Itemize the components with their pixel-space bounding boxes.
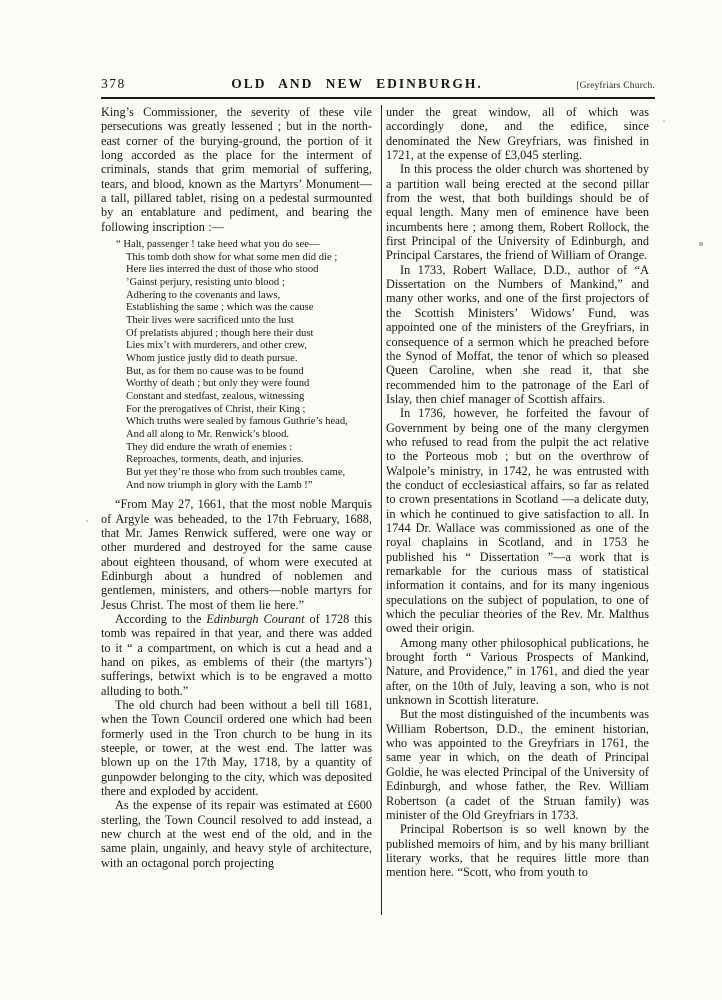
paragraph: “From May 27, 1661, that the most noble … bbox=[101, 497, 372, 612]
page-number: 378 bbox=[101, 76, 126, 92]
verse-line: Constant and stedfast, zealous, witnessi… bbox=[116, 391, 372, 404]
text-run: In this process the older church was sho… bbox=[386, 162, 649, 262]
text-run: “From May 27, 1661, that the most noble … bbox=[101, 497, 372, 611]
text-run: In 1733, Robert Wallace, D.D., author of… bbox=[386, 263, 649, 406]
text-columns: King’s Commissioner, the severity of the… bbox=[101, 105, 655, 880]
paragraph: Principal Robertson is so well known by … bbox=[386, 822, 649, 879]
text-run: As the expense of its repair was estimat… bbox=[101, 798, 372, 869]
verse-line: Here lies interred the dust of those who… bbox=[116, 264, 372, 277]
text-run: King’s Commissioner, the severity of the… bbox=[101, 105, 372, 234]
verse-line: For the prerogatives of Christ, their Ki… bbox=[116, 404, 372, 417]
paragraph: As the expense of its repair was estimat… bbox=[101, 798, 372, 870]
right-column: under the great window, all of which was… bbox=[378, 105, 649, 880]
left-column: King’s Commissioner, the severity of the… bbox=[101, 105, 378, 880]
paragraph: The old church had been without a bell t… bbox=[101, 698, 372, 798]
paragraph: under the great window, all of which was… bbox=[386, 105, 649, 162]
verse-line: And all along to Mr. Renwick’s blood. bbox=[116, 429, 372, 442]
text-run: under the great window, all of which was… bbox=[386, 105, 649, 162]
running-head: [Greyfriars Church. bbox=[576, 81, 655, 91]
verse-line: Reproaches, torments, death, and injurie… bbox=[116, 454, 372, 467]
column-divider-rule bbox=[381, 105, 382, 915]
verse-line: Worthy of death ; but only they were fou… bbox=[116, 378, 372, 391]
paragraph: King’s Commissioner, the severity of the… bbox=[101, 105, 372, 234]
verse-line: “ Halt, passenger ! take heed what you d… bbox=[116, 239, 372, 252]
verse-line: They did endure the wrath of enemies : bbox=[116, 442, 372, 455]
book-page: 378 OLD AND NEW EDINBURGH. [Greyfriars C… bbox=[0, 0, 722, 1000]
verse-line: Their lives were sacrificed unto the lus… bbox=[116, 315, 372, 328]
page-title: OLD AND NEW EDINBURGH. bbox=[231, 76, 483, 92]
verse-line: But yet they’re those who from such trou… bbox=[116, 467, 372, 480]
verse-line: But, as for them no cause was to be foun… bbox=[116, 366, 372, 379]
verse-line: Whom justice justly did to death pursue. bbox=[116, 353, 372, 366]
inscription-verse: “ Halt, passenger ! take heed what you d… bbox=[116, 239, 372, 492]
scan-specks bbox=[0, 0, 2, 2]
page-header: 378 OLD AND NEW EDINBURGH. [Greyfriars C… bbox=[101, 76, 655, 99]
italic-title-text: Edinburgh Courant bbox=[206, 612, 304, 626]
paragraph: According to the Edinburgh Courant of 17… bbox=[101, 612, 372, 698]
paragraph: In 1733, Robert Wallace, D.D., author of… bbox=[386, 263, 649, 406]
verse-line: Adhering to the covenants and laws, bbox=[116, 290, 372, 303]
paragraph: But the most distinguished of the incumb… bbox=[386, 707, 649, 822]
verse-line: Of prelatists abjured ; though here thei… bbox=[116, 328, 372, 341]
verse-line: Lies mix’t with murderers, and other cre… bbox=[116, 340, 372, 353]
text-run: In 1736, however, he forfeited the favou… bbox=[386, 406, 649, 635]
paragraph: In 1736, however, he forfeited the favou… bbox=[386, 406, 649, 636]
text-run: According to the bbox=[115, 612, 206, 626]
paragraph: In this process the older church was sho… bbox=[386, 162, 649, 262]
paragraph: Among many other philosophical publicati… bbox=[386, 636, 649, 708]
text-run: Among many other philosophical publicati… bbox=[386, 636, 649, 707]
verse-line: This tomb doth show for what some men di… bbox=[116, 252, 372, 265]
verse-line: Which truths were sealed by famous Guthr… bbox=[116, 416, 372, 429]
text-run: The old church had been without a bell t… bbox=[101, 698, 372, 798]
verse-line: Establishing the same ; which was the ca… bbox=[116, 302, 372, 315]
verse-line: And now triumph in glory with the Lamb !… bbox=[116, 480, 372, 493]
text-run: Principal Robertson is so well known by … bbox=[386, 822, 649, 879]
text-run: But the most distinguished of the incumb… bbox=[386, 707, 649, 821]
verse-line: ’Gainst perjury, resisting unto blood ; bbox=[116, 277, 372, 290]
